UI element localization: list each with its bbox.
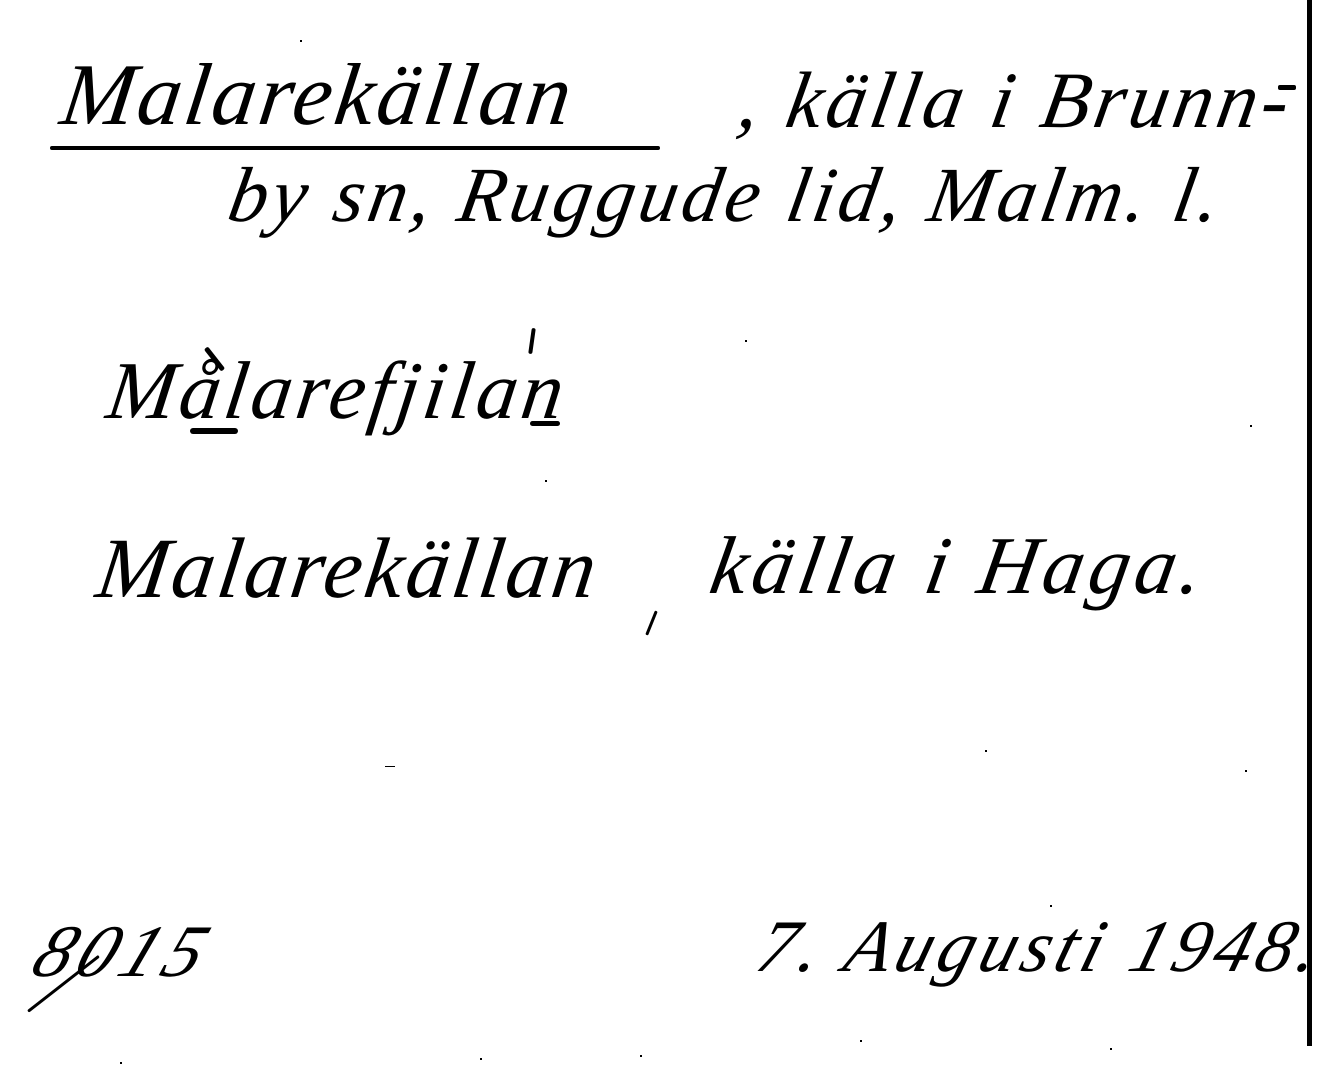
card-number: 8015 <box>21 910 227 994</box>
scan-speck <box>640 1055 642 1057</box>
index-card: Malarekällan , källa i Brunn- by sn, Rug… <box>0 0 1324 1085</box>
scan-speck <box>985 750 987 752</box>
scan-speck <box>745 340 747 342</box>
scan-speck <box>120 1062 122 1064</box>
scan-speck <box>1050 905 1052 907</box>
entry-description-line1: , källa i Brunn- <box>732 56 1301 146</box>
scan-speck <box>1250 425 1252 427</box>
card-date: 7. Augusti 1948. <box>748 905 1324 989</box>
variant-headword: Malarekällan <box>91 520 605 616</box>
comma-stroke <box>645 610 658 635</box>
scan-speck <box>1110 1048 1112 1050</box>
stress-underline-a <box>190 428 238 434</box>
card-edge-rule <box>1307 0 1312 1046</box>
scan-speck <box>300 40 302 42</box>
scan-speck <box>860 1040 862 1042</box>
scan-speck <box>1245 770 1247 772</box>
hyphen-stroke <box>1278 85 1296 90</box>
stress-underline-l <box>530 421 560 426</box>
entry-description-line2: by sn, Ruggude lid, Malm. l. <box>222 150 1232 240</box>
scan-speck <box>480 1058 482 1060</box>
entry-headword: Malarekällan <box>55 48 580 144</box>
pronunciation-text: Målarefjilan <box>102 345 574 437</box>
scan-speck <box>545 480 547 482</box>
scan-speck <box>385 766 395 767</box>
variant-description: källa i Haga. <box>704 520 1216 612</box>
